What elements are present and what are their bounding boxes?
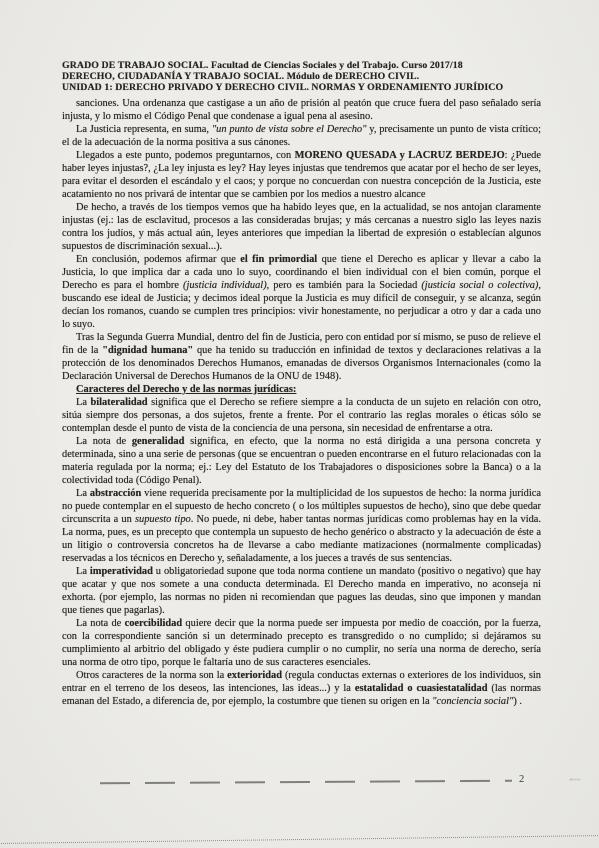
section-heading: Caracteres del Derecho y de las normas j… bbox=[62, 383, 541, 396]
scanned-page: GRADO DE TRABAJO SOCIAL. Facultad de Cie… bbox=[0, 0, 599, 848]
paragraph: La bilateralidad significa que el Derech… bbox=[62, 396, 541, 435]
text-run: Otros caracteres de la norma son la bbox=[76, 670, 227, 681]
paragraph: La nota de generalidad significa, en efe… bbox=[62, 435, 541, 487]
text-run: MORENO QUESADA y LACRUZ BERDEJO bbox=[295, 150, 505, 161]
text-run: el fin primordial bbox=[240, 254, 317, 265]
text-run: Llegados a este punto, podemos preguntar… bbox=[76, 150, 295, 161]
header-line-unit: UNIDAD 1: DERECHO PRIVADO Y DERECHO CIVI… bbox=[62, 82, 541, 93]
text-run: sanciones. Una ordenanza que castigase a… bbox=[62, 98, 541, 122]
text-run: La bbox=[76, 566, 90, 577]
text-run: abstracción bbox=[90, 488, 141, 499]
scan-artifact-line bbox=[0, 835, 599, 844]
text-run: La bbox=[76, 397, 90, 408]
scan-noise-speck bbox=[570, 779, 580, 783]
paragraph: Llegados a este punto, podemos preguntar… bbox=[62, 149, 541, 201]
paragraph: La Justicia representa, en suma, "un pun… bbox=[62, 123, 541, 149]
paragraph: sanciones. Una ordenanza que castigase a… bbox=[62, 97, 541, 123]
text-run: "conciencia social" bbox=[432, 696, 513, 707]
text-run: ) . bbox=[513, 696, 522, 707]
paragraph: De hecho, a través de los tiempos vemos … bbox=[62, 201, 541, 253]
text-run: En conclusión, podemos afirmar que bbox=[76, 254, 240, 265]
paragraph: La imperatividad u obligatoriedad supone… bbox=[62, 565, 541, 617]
document-body: sanciones. Una ordenanza que castigase a… bbox=[62, 97, 541, 708]
header-line-module: DERECHO, CIUDADANÍA Y TRABAJO SOCIAL. Mó… bbox=[62, 71, 541, 82]
text-run: La Justicia representa, en suma, bbox=[76, 124, 212, 135]
text-run: La nota de bbox=[76, 436, 132, 447]
text-run: imperatividad bbox=[90, 566, 153, 577]
text-run: "dignidad humana" bbox=[102, 345, 193, 356]
text-run: La bbox=[76, 488, 90, 499]
paragraph: En conclusión, podemos afirmar que el fi… bbox=[62, 253, 541, 331]
text-run: Caracteres del Derecho y de las normas j… bbox=[76, 384, 296, 395]
text-run: (justicia individual) bbox=[183, 280, 267, 291]
paragraph: Tras la Segunda Guerra Mundial, dentro d… bbox=[62, 331, 541, 383]
footer-divider-dashed-line bbox=[100, 780, 512, 785]
document-header: GRADO DE TRABAJO SOCIAL. Facultad de Cie… bbox=[62, 60, 541, 94]
page-content: GRADO DE TRABAJO SOCIAL. Facultad de Cie… bbox=[62, 60, 541, 708]
text-run: , pero es también para la Sociedad bbox=[267, 280, 422, 291]
text-run: (justicia social o colectiva) bbox=[421, 280, 538, 291]
text-run: bilateralidad bbox=[90, 397, 147, 408]
text-run: supuesto tipo bbox=[135, 514, 191, 525]
paragraph: La nota de coercibilidad quiere decir qu… bbox=[62, 617, 541, 669]
text-run: coercibilidad bbox=[125, 618, 183, 629]
text-run: estatalidad o cuasiestatalidad bbox=[355, 683, 488, 694]
text-run: De hecho, a través de los tiempos vemos … bbox=[62, 202, 541, 252]
text-run: exterioridad bbox=[227, 670, 282, 681]
paragraph: La abstracción viene requerida precisame… bbox=[62, 487, 541, 565]
text-run: generalidad bbox=[132, 436, 185, 447]
paragraph: Otros caracteres de la norma son la exte… bbox=[62, 669, 541, 708]
text-run: "un punto de vista sobre el Derecho" bbox=[212, 124, 367, 135]
header-line-course: GRADO DE TRABAJO SOCIAL. Facultad de Cie… bbox=[62, 60, 541, 71]
text-run: La nota de bbox=[76, 618, 125, 629]
page-number: 2 bbox=[519, 774, 524, 785]
